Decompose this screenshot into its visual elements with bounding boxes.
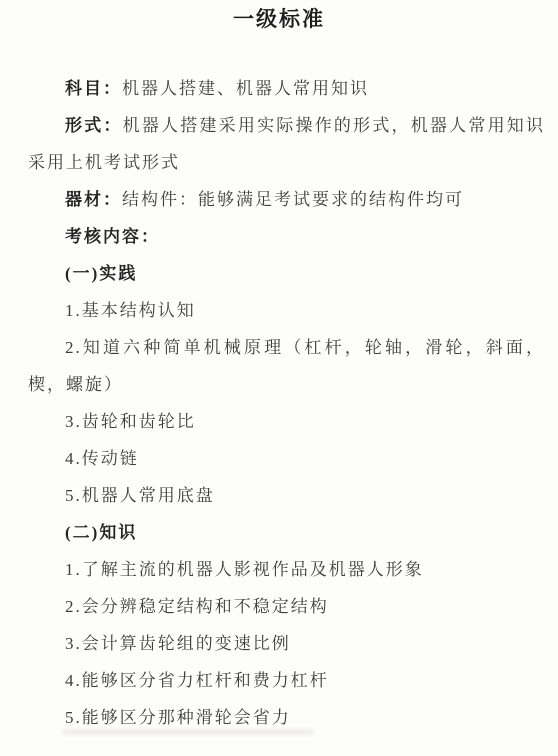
document-body: 科目：机器人搭建、机器人常用知识 形式：机器人搭建采用实际操作的形式，机器人常用…: [0, 70, 558, 736]
practice-item-5: 5.机器人常用底盘: [0, 477, 558, 514]
knowledge-item-2: 2.会分辨稳定结构和不稳定结构: [0, 588, 558, 625]
page-title: 一级标准: [0, 0, 558, 32]
field-format-label: 形式：: [65, 116, 123, 135]
assessment-content-label: 考核内容：: [65, 227, 160, 246]
cutoff-text-remnant: [62, 729, 314, 735]
practice-item-4: 4.传动链: [0, 440, 558, 477]
practice-item-1: 1.基本结构认知: [0, 292, 558, 329]
knowledge-item-3: 3.会计算齿轮组的变速比例: [0, 625, 558, 662]
field-equipment-label: 器材：: [65, 190, 122, 209]
section-practice-heading: (一)实践: [0, 255, 558, 292]
document-page: 一级标准 科目：机器人搭建、机器人常用知识 形式：机器人搭建采用实际操作的形式，…: [0, 0, 558, 756]
field-subject-label: 科目：: [65, 79, 122, 98]
field-subject-value: 机器人搭建、机器人常用知识: [122, 79, 369, 98]
field-equipment-value: 结构件：能够满足考试要求的结构件均可: [122, 190, 464, 209]
practice-item-2: 2.知道六种简单机械原理（杠杆，轮轴，滑轮，斜面，楔，螺旋）: [0, 329, 558, 403]
knowledge-item-4: 4.能够区分省力杠杆和费力杠杆: [0, 662, 558, 699]
field-subject: 科目：机器人搭建、机器人常用知识: [0, 70, 558, 107]
practice-item-3: 3.齿轮和齿轮比: [0, 403, 558, 440]
section-knowledge-heading: (二)知识: [0, 514, 558, 551]
knowledge-item-1: 1.了解主流的机器人影视作品及机器人形象: [0, 551, 558, 588]
field-format: 形式：机器人搭建采用实际操作的形式，机器人常用知识采用上机考试形式: [0, 107, 558, 181]
assessment-content-heading: 考核内容：: [0, 218, 558, 255]
field-equipment: 器材：结构件：能够满足考试要求的结构件均可: [0, 181, 558, 218]
